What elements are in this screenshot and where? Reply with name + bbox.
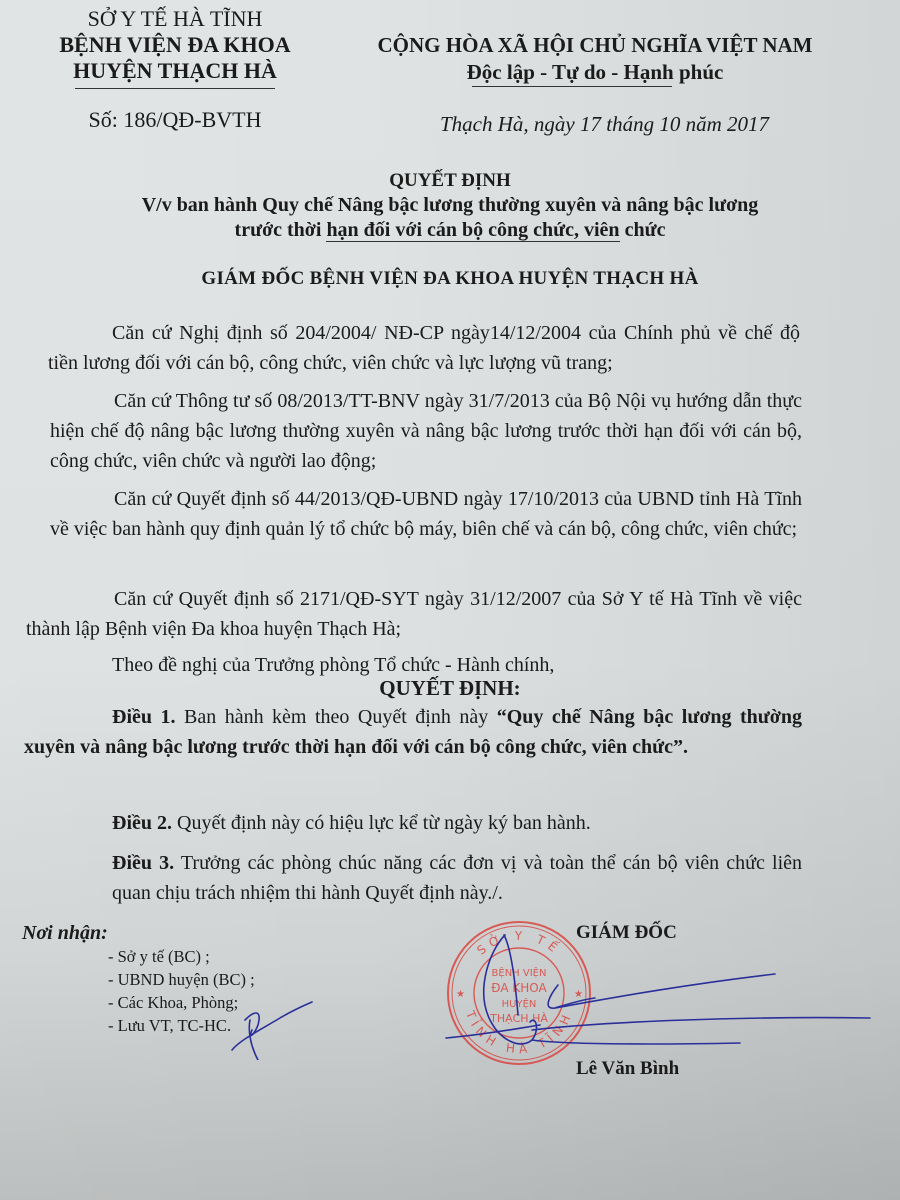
motto-underline bbox=[472, 86, 672, 87]
document-date: Thạch Hà, ngày 17 tháng 10 năm 2017 bbox=[440, 112, 769, 137]
national-motto: Độc lập - Tự do - Hạnh phúc bbox=[340, 59, 850, 86]
preamble-paragraph: Căn cứ Quyết định số 44/2013/QĐ-UBND ngà… bbox=[50, 484, 802, 544]
article-text: Ban hành kèm theo Quyết định này bbox=[176, 706, 497, 728]
article-label: Điều 1. bbox=[112, 706, 176, 728]
article-2: Điều 2. Quyết định này có hiệu lực kể từ… bbox=[112, 808, 802, 838]
country-name: CỘNG HÒA XÃ HỘI CHỦ NGHĨA VIỆT NAM bbox=[340, 32, 850, 59]
subject-line-2-end: chức bbox=[620, 219, 666, 241]
preamble-text: Căn cứ Quyết định số 2171/QĐ-SYT ngày 31… bbox=[26, 588, 802, 640]
document-number: Số: 186/QĐ-BVTH bbox=[40, 107, 310, 133]
article-label: Điều 2. bbox=[112, 812, 172, 834]
preamble-text: Theo đề nghị của Trưởng phòng Tổ chức - … bbox=[112, 654, 554, 676]
preamble-text: Căn cứ Quyết định số 44/2013/QĐ-UBND ngà… bbox=[50, 488, 802, 540]
subject-line-2-underlined: hạn đối với cán bộ công chức, viên bbox=[326, 219, 619, 242]
decision-heading: QUYẾT ĐỊNH: bbox=[0, 676, 900, 701]
issuing-organization-block: SỞ Y TẾ HÀ TĨNH BỆNH VIỆN ĐA KHOA HUYỆN … bbox=[40, 6, 310, 133]
article-1: Điều 1. Ban hành kèm theo Quyết định này… bbox=[24, 702, 802, 762]
preamble-paragraph: Căn cứ Quyết định số 2171/QĐ-SYT ngày 31… bbox=[26, 584, 802, 644]
article-text: Quyết định này có hiệu lực kể từ ngày ký… bbox=[172, 812, 591, 834]
subject-line-2: trước thời hạn đối với cán bộ công chức,… bbox=[0, 218, 900, 243]
preamble-paragraph: Căn cứ Nghị định số 204/2004/ NĐ-CP ngày… bbox=[48, 318, 800, 378]
article-text: Trưởng các phòng chúc năng các đơn vị và… bbox=[112, 852, 802, 904]
header-left-divider bbox=[75, 88, 275, 89]
subject-line-1: V/v ban hành Quy chế Nâng bậc lương thườ… bbox=[0, 193, 900, 218]
preamble-text: Căn cứ Nghị định số 204/2004/ NĐ-CP ngày… bbox=[48, 322, 800, 374]
handwritten-signature bbox=[220, 910, 900, 1060]
document-type: QUYẾT ĐỊNH bbox=[0, 168, 900, 193]
organization-name-line1: BỆNH VIỆN ĐA KHOA bbox=[40, 32, 310, 58]
preamble-paragraph: Căn cứ Thông tư số 08/2013/TT-BNV ngày 3… bbox=[50, 386, 802, 476]
article-3: Điều 3. Trưởng các phòng chúc năng các đ… bbox=[112, 848, 802, 908]
subject-line-2-start: trước thời bbox=[235, 219, 327, 241]
issuer-title: GIÁM ĐỐC BỆNH VIỆN ĐA KHOA HUYỆN THẠCH H… bbox=[0, 268, 900, 290]
preamble-text: Căn cứ Thông tư số 08/2013/TT-BNV ngày 3… bbox=[50, 390, 802, 472]
document-title-block: QUYẾT ĐỊNH V/v ban hành Quy chế Nâng bậc… bbox=[0, 168, 900, 243]
organization-name-line2: HUYỆN THẠCH HÀ bbox=[40, 58, 310, 84]
article-label: Điều 3. bbox=[112, 852, 174, 874]
department-name: SỞ Y TẾ HÀ TĨNH bbox=[40, 6, 310, 32]
national-header-block: CỘNG HÒA XÃ HỘI CHỦ NGHĨA VIỆT NAM Độc l… bbox=[340, 32, 850, 87]
signer-name: Lê Văn Bình bbox=[576, 1058, 679, 1080]
